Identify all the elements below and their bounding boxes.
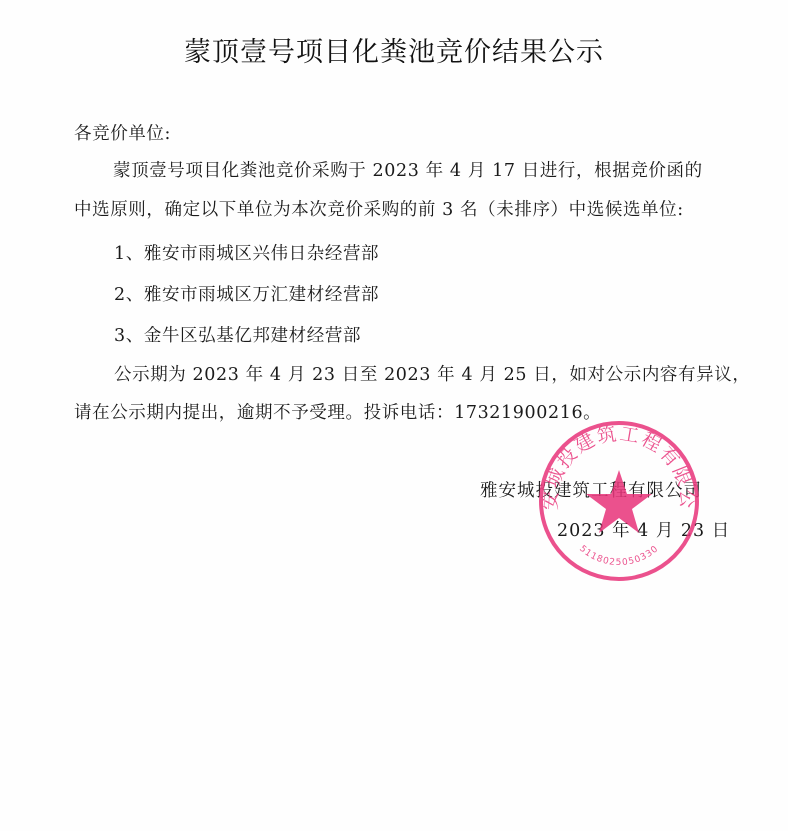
signer-company: 雅安城投建筑工程有限公司 [480, 478, 702, 504]
candidate-item: 2、雅安市雨城区万汇建材经营部 [114, 282, 379, 308]
candidate-name: 雅安市雨城区万汇建材经营部 [144, 285, 379, 305]
salutation: 各竞价单位: [74, 121, 171, 147]
candidate-index: 1、 [114, 244, 144, 264]
candidate-item: 1、雅安市雨城区兴伟日杂经营部 [114, 241, 379, 267]
candidate-index: 3、 [114, 326, 144, 346]
document-page: 蒙顶壹号项目化粪池竞价结果公示 各竞价单位: 蒙顶壹号项目化粪池竞价采购于 20… [0, 0, 788, 831]
paragraph-1-line-2: 中选原则，确定以下单位为本次竞价采购的前 3 名（未排序）中选候选单位: [74, 197, 684, 223]
paragraph-1-line-1: 蒙顶壹号项目化粪池竞价采购于 2023 年 4 月 17 日进行，根据竞价函的 [113, 158, 703, 184]
candidate-index: 2、 [114, 285, 144, 305]
svg-text:5118025050330: 5118025050330 [577, 544, 661, 568]
candidate-item: 3、金牛区弘基亿邦建材经营部 [114, 323, 361, 349]
page-title: 蒙顶壹号项目化粪池竞价结果公示 [0, 33, 788, 73]
seal-number: 5118025050330 [577, 544, 661, 568]
candidate-name: 金牛区弘基亿邦建材经营部 [144, 326, 361, 346]
signature-date: 2023 年 4 月 23 日 [557, 518, 730, 544]
paragraph-2-line-2: 请在公示期内提出，逾期不予受理。投诉电话：17321900216。 [74, 400, 601, 426]
paragraph-2-line-1: 公示期为 2023 年 4 月 23 日至 2023 年 4 月 25 日，如对… [114, 362, 750, 388]
candidate-name: 雅安市雨城区兴伟日杂经营部 [144, 244, 379, 264]
